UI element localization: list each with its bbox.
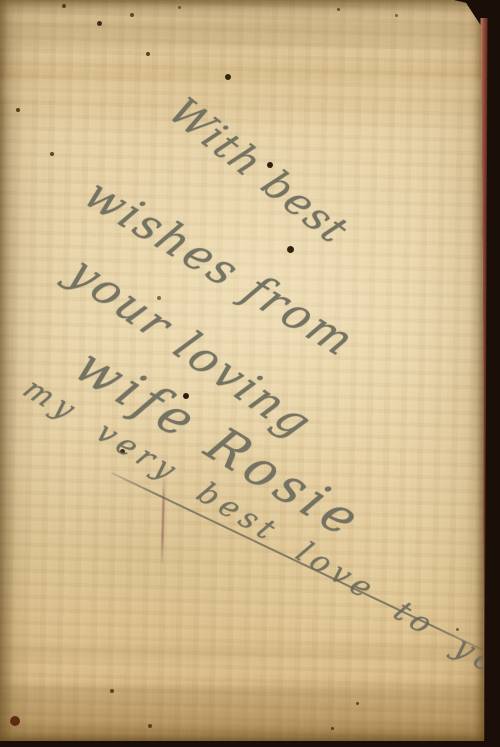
foxing-spot	[337, 8, 340, 11]
foxing-spot	[356, 702, 359, 705]
paper-shadow-band-lower	[0, 645, 484, 659]
paper-highlight-band	[0, 80, 484, 98]
foxing-spot	[178, 6, 181, 9]
foxing-spot	[62, 4, 66, 8]
flyleaf-paper: With best wishes from your loving wife R…	[0, 0, 484, 741]
foxing-spot	[395, 14, 398, 17]
foxing-spot	[225, 74, 231, 80]
foxing-spot	[146, 52, 150, 56]
scanned-page: With best wishes from your loving wife R…	[0, 0, 500, 747]
foxing-spot	[110, 689, 114, 693]
faint-purple-ink-mark	[161, 478, 165, 564]
foxing-spot	[331, 727, 334, 730]
paper-shadow-band-top	[0, 22, 484, 48]
paper-shadow-band-bottom	[0, 686, 484, 732]
foxing-spot	[50, 152, 54, 156]
foxing-spot	[16, 108, 20, 112]
foxing-spot	[10, 716, 20, 726]
foxing-spot	[130, 13, 134, 17]
foxing-spot	[148, 724, 152, 728]
foxing-spot	[287, 246, 294, 253]
foxing-spot	[97, 21, 102, 26]
